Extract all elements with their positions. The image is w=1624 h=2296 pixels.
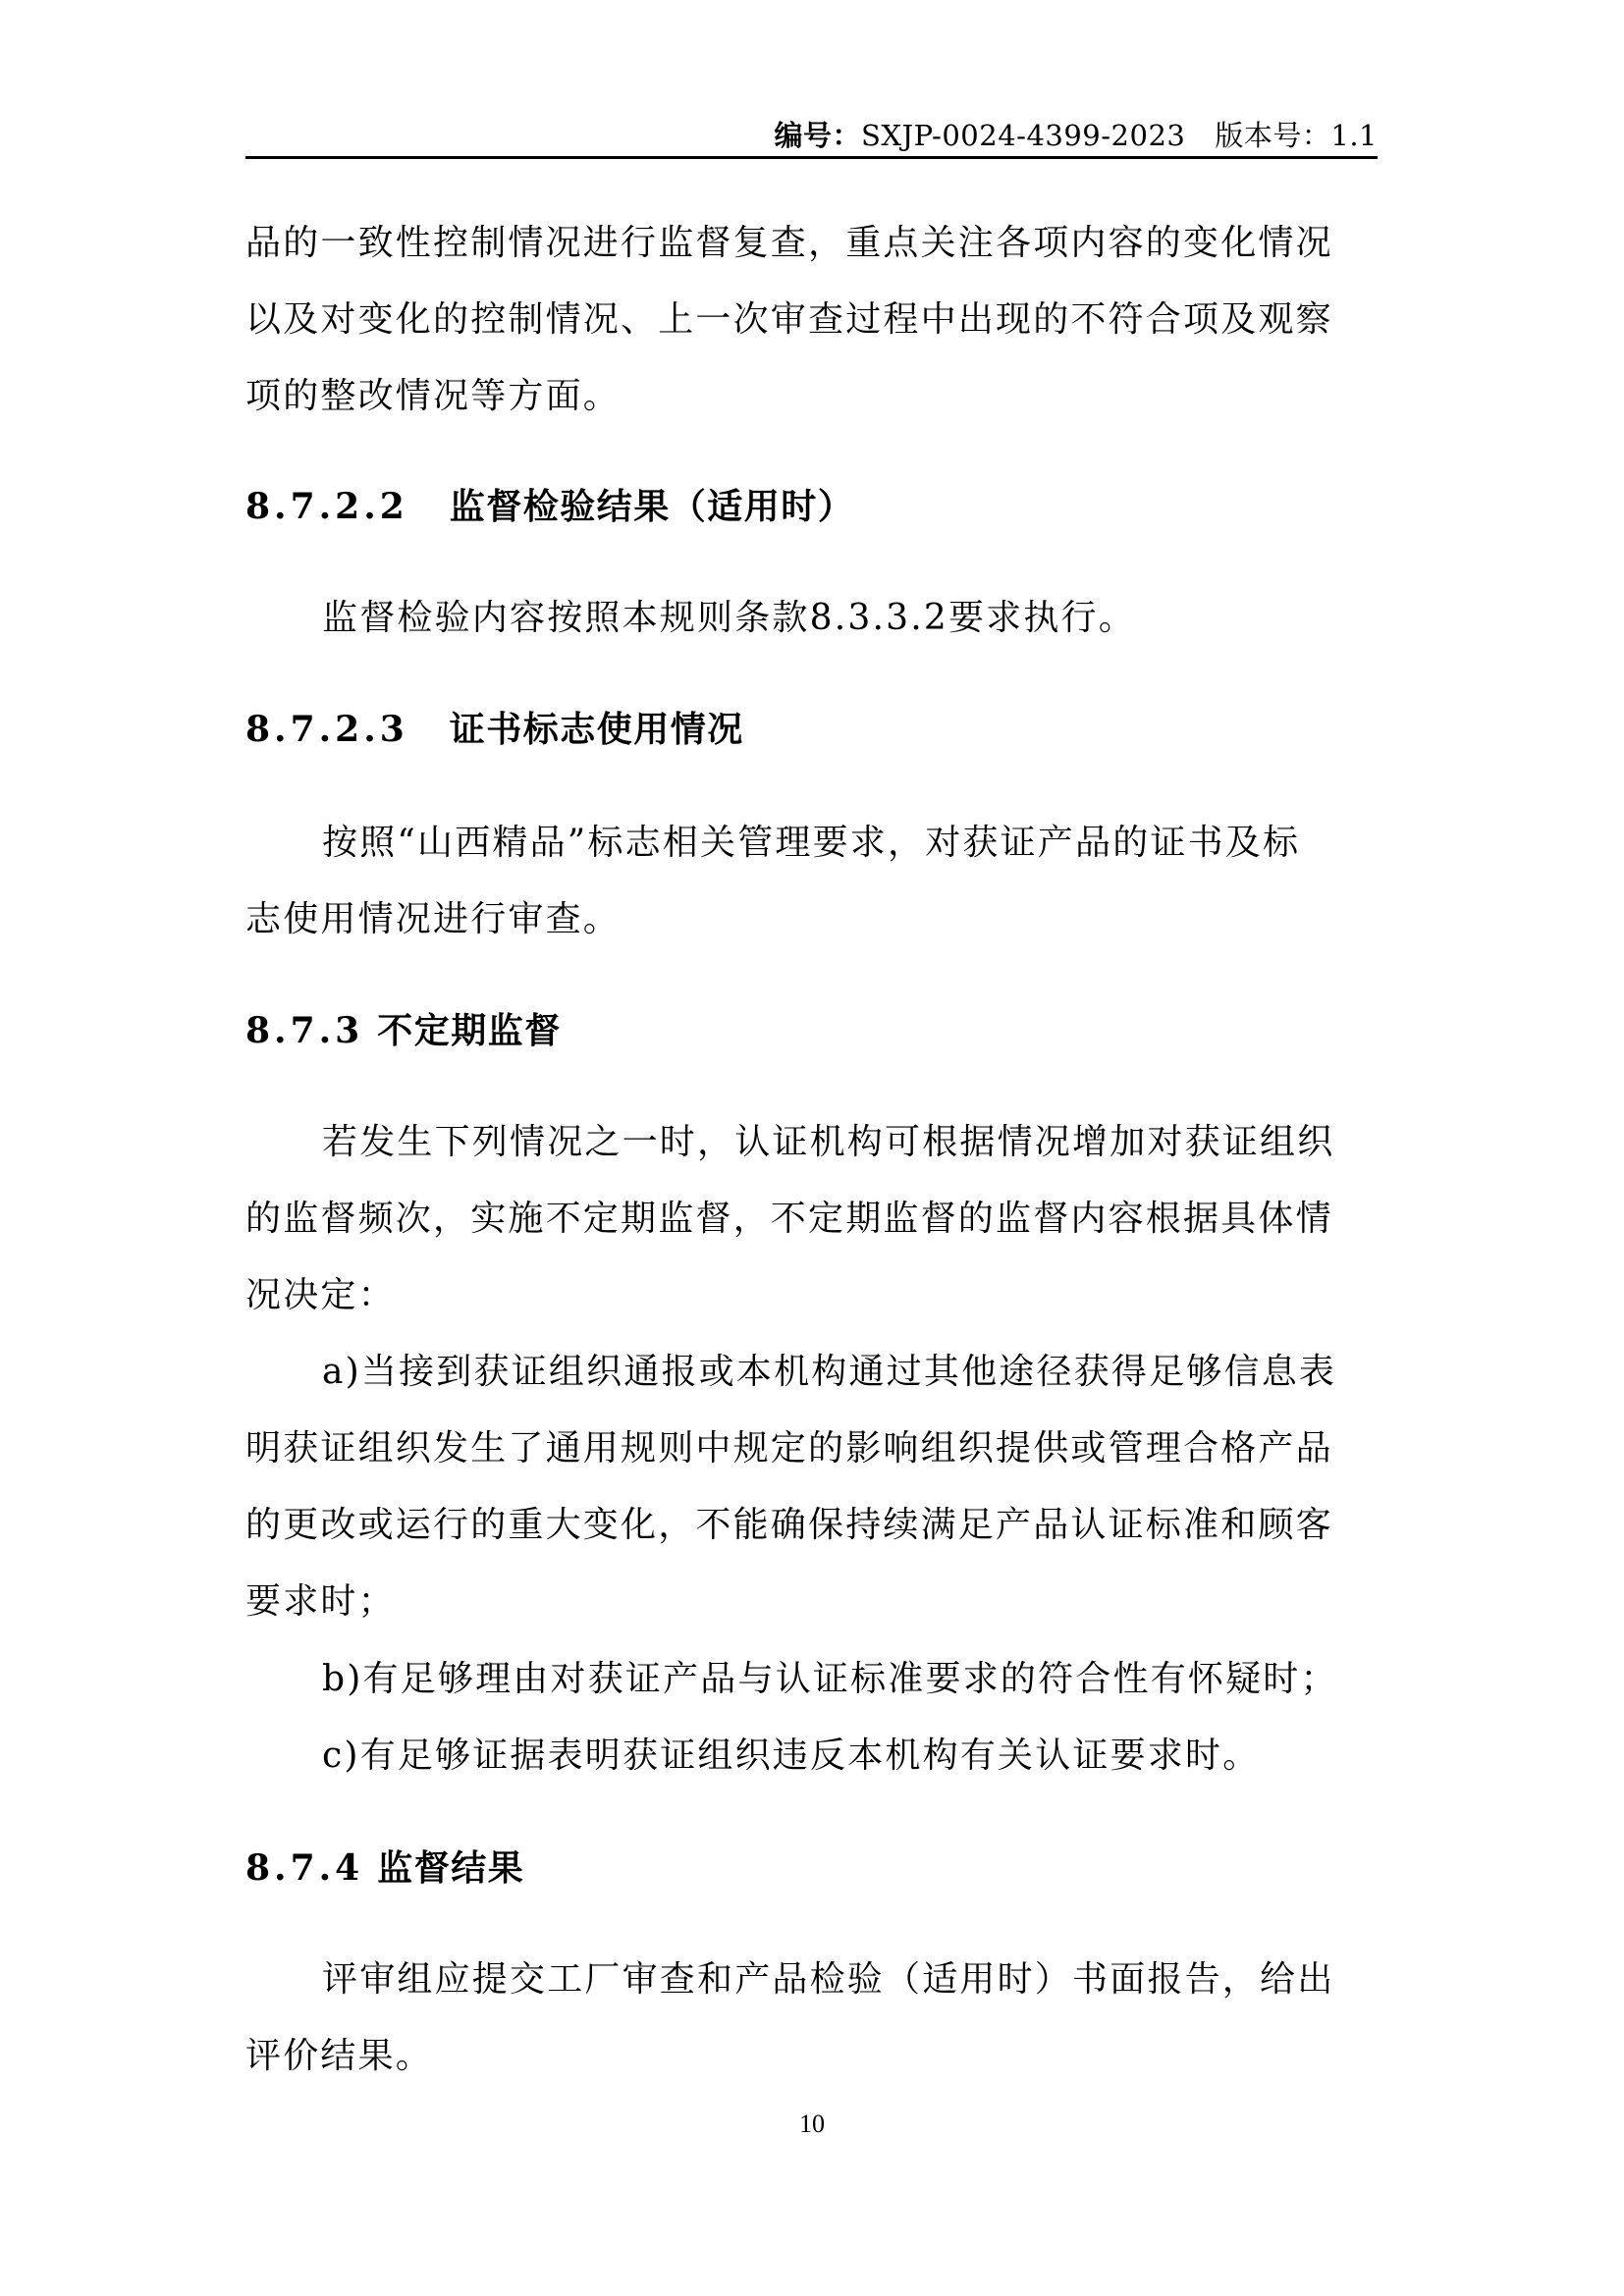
section-number: 8.7.3 [245, 1009, 363, 1052]
section-heading-8722: 8.7.2.2监督检验结果（适用时） [245, 485, 1378, 528]
section-title: 监督结果 [377, 1847, 524, 1889]
section-number: 8.7.2.3 [245, 708, 408, 751]
header-rule [245, 156, 1378, 159]
list-item-a-line: 明获证组织发生了通用规则中规定的影响组织提供或管理合格产品 [245, 1427, 1378, 1470]
paragraph-line: 项的整改情况等方面。 [245, 375, 1378, 418]
list-item-c: c)有足够证据表明获证组织违反本机构有关认证要求时。 [322, 1735, 1378, 1778]
version-number: 1.1 [1330, 119, 1378, 152]
page-header: 编号：SXJP-0024-4399-2023版本号：1.1 [245, 116, 1378, 155]
document-page: 编号：SXJP-0024-4399-2023版本号：1.1 品的一致性控制情况进… [0, 0, 1624, 2296]
page-number: 10 [0, 2109, 1624, 2140]
section-heading-874: 8.7.4监督结果 [245, 1846, 1378, 1890]
section-number: 8.7.4 [245, 1846, 363, 1890]
paragraph-line: 以及对变化的控制情况、上一次审查过程中出现的不符合项及观察 [245, 298, 1378, 342]
doc-number-label: 编号： [774, 119, 861, 152]
paragraph-line: 评价结果。 [245, 2035, 1378, 2078]
section-number: 8.7.2.2 [245, 485, 408, 528]
paragraph-line: 按照“山西精品”标志相关管理要求，对获证产品的证书及标 [322, 822, 1378, 865]
section-title: 监督检验结果（适用时） [450, 486, 855, 527]
section-heading-873: 8.7.3不定期监督 [245, 1009, 1378, 1052]
doc-number: SXJP-0024-4399-2023 [861, 119, 1185, 152]
list-item-a-line: 要求时； [245, 1580, 1378, 1624]
list-item-a-line: a)当接到获证组织通报或本机构通过其他途径获得足够信息表 [322, 1351, 1378, 1394]
version-label: 版本号： [1215, 119, 1330, 152]
paragraph-line: 品的一致性控制情况进行监督复查，重点关注各项内容的变化情况 [245, 222, 1378, 265]
list-item-b: b)有足够理由对获证产品与认证标准要求的符合性有怀疑时； [322, 1658, 1378, 1701]
section-title: 不定期监督 [377, 1010, 562, 1051]
paragraph-line: 若发生下列情况之一时，认证机构可根据情况增加对获证组织 [322, 1121, 1378, 1164]
paragraph-line: 的监督频次，实施不定期监督，不定期监督的监督内容根据具体情 [245, 1198, 1378, 1241]
section-title: 证书标志使用情况 [450, 709, 744, 750]
section-heading-8723: 8.7.2.3证书标志使用情况 [245, 708, 1378, 751]
paragraph-line: 监督检验内容按照本规则条款8.3.3.2要求执行。 [322, 597, 1378, 640]
paragraph-line: 评审组应提交工厂审查和产品检验（适用时）书面报告，给出 [322, 1958, 1378, 2002]
paragraph-line: 况决定： [245, 1274, 1378, 1317]
list-item-a-line: 的更改或运行的重大变化，不能确保持续满足产品认证标准和顾客 [245, 1504, 1378, 1547]
paragraph-line: 志使用情况进行审查。 [245, 898, 1378, 941]
